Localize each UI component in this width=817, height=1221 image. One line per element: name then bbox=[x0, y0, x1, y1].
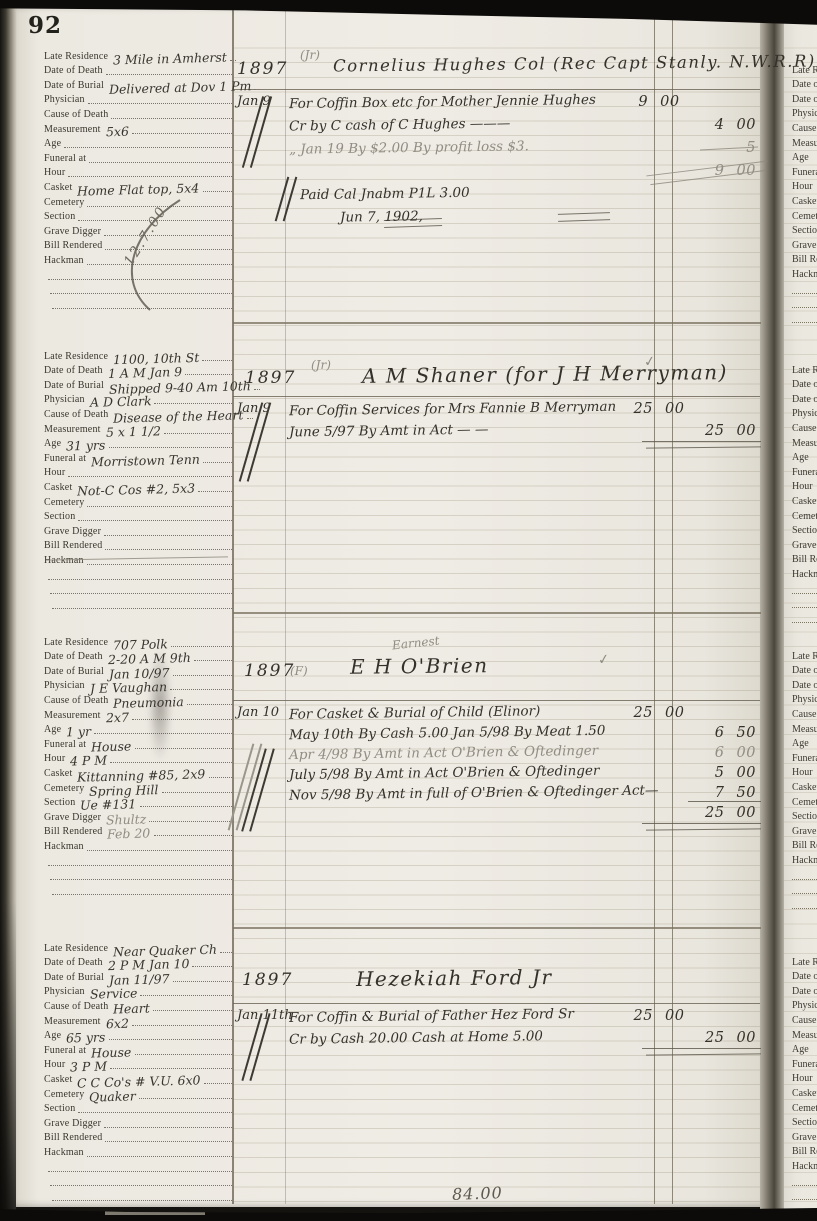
form-label: Physician bbox=[44, 95, 85, 106]
dotted-leader bbox=[132, 133, 232, 134]
dotted-leader bbox=[187, 704, 232, 705]
form-field-row: Grave DiggerShultz bbox=[44, 809, 232, 824]
handwritten-value: 1 A M Jan 9 bbox=[108, 366, 182, 380]
record-separator bbox=[233, 927, 761, 929]
form-field-row: Cause of DeathPneumonia bbox=[44, 692, 232, 707]
facing-form-label: Measurement bbox=[784, 721, 817, 736]
dotted-leader bbox=[135, 748, 232, 749]
form-label: Grave Digger bbox=[44, 813, 101, 824]
facing-form-label: Grave Digger bbox=[784, 1129, 817, 1144]
handwritten-value: Delivered at Dov 1 Pm bbox=[109, 80, 252, 96]
form-label: Cause of Death bbox=[44, 696, 108, 707]
form-field-row: CasketNot-C Cos #2, 5x3 bbox=[44, 479, 232, 494]
facing-form-label: Hackman bbox=[784, 566, 817, 581]
header-rule bbox=[233, 700, 760, 701]
credit-amount: 5 00 bbox=[692, 765, 760, 781]
form-field-row: Hackman bbox=[44, 1144, 232, 1159]
dotted-leader bbox=[198, 491, 232, 492]
pencil-mark: (Jr) bbox=[311, 358, 331, 372]
form-field-row: Bill Rendered bbox=[44, 1130, 232, 1145]
form-label: Age bbox=[44, 725, 61, 736]
form-label: Hour bbox=[44, 168, 65, 179]
facing-form-label: Bill Rendered bbox=[784, 552, 817, 567]
dotted-leader bbox=[110, 1068, 232, 1069]
form-field-row: CemeterySpring Hill bbox=[44, 780, 232, 795]
entry-description: Jun 7, 1902, bbox=[340, 208, 423, 225]
facing-form-label: Measurement bbox=[784, 435, 817, 450]
dotted-leader bbox=[87, 564, 232, 565]
facing-page-form: Late ResidenceDate of DeathDate of Buria… bbox=[784, 954, 817, 1210]
form-label: Date of Death bbox=[44, 652, 103, 663]
facing-form-label: Cemetery bbox=[784, 208, 817, 223]
dotted-leader bbox=[254, 89, 260, 90]
dotted-leader bbox=[87, 1156, 232, 1157]
sum-rule bbox=[688, 801, 761, 802]
form-label: Hackman bbox=[44, 1148, 84, 1159]
facing-form-label: Physician bbox=[784, 106, 817, 121]
facing-form-label: Age bbox=[784, 736, 817, 751]
facing-form-label: Casket bbox=[784, 1085, 817, 1100]
handwritten-value: 5 x 1 1/2 bbox=[105, 425, 160, 438]
record-3-form: Late Residence707 PolkDate of Death2-20 … bbox=[44, 634, 232, 897]
form-label: Cemetery bbox=[44, 498, 84, 509]
facing-form-label: Date of Burial bbox=[784, 983, 817, 998]
form-field-row: Late Residence707 Polk bbox=[44, 634, 232, 649]
handwritten-value: 31 yrs bbox=[66, 440, 106, 453]
record-year: 1897 bbox=[244, 661, 295, 681]
record-2-form: Late Residence1100, 10th StDate of Death… bbox=[44, 348, 232, 611]
facing-form-label: Hackman bbox=[784, 266, 817, 281]
handwritten-value: A D Clark bbox=[90, 396, 152, 410]
header-rule bbox=[233, 396, 760, 397]
facing-form-label: Age bbox=[784, 1042, 817, 1057]
facing-form-label: Section bbox=[784, 809, 817, 824]
dotted-leader bbox=[153, 1010, 232, 1011]
form-label: Section bbox=[44, 798, 75, 809]
amount-column-rule-cents bbox=[672, 8, 673, 1204]
form-field-row: Late Residence1100, 10th St bbox=[44, 348, 232, 363]
form-label: Measurement bbox=[44, 125, 101, 136]
form-label: Age bbox=[44, 139, 61, 150]
handwritten-value: 3 Mile in Amherst bbox=[113, 51, 227, 66]
form-label: Late Residence bbox=[44, 944, 108, 955]
dotted-leader bbox=[154, 403, 232, 404]
total-rule bbox=[642, 441, 761, 442]
handwritten-value: Jan 11/97 bbox=[109, 973, 170, 987]
form-label: Funeral at bbox=[44, 740, 86, 751]
form-field-row: Hour4 P M bbox=[44, 751, 232, 766]
handwritten-value: 3 P M bbox=[70, 1061, 107, 1074]
form-field-row: Age bbox=[44, 136, 232, 151]
form-label: Section bbox=[44, 212, 75, 223]
dotted-leader bbox=[110, 762, 232, 763]
form-label: Cause of Death bbox=[44, 1002, 108, 1013]
blank-form-row bbox=[44, 1188, 232, 1203]
form-field-row: Cause of Death bbox=[44, 106, 232, 121]
facing-form-label: Section bbox=[784, 223, 817, 238]
record-separator bbox=[233, 612, 761, 614]
dotted-leader bbox=[173, 981, 232, 982]
form-label: Bill Rendered bbox=[44, 1133, 102, 1144]
dotted-leader bbox=[87, 850, 232, 851]
form-field-row: Cause of DeathHeart bbox=[44, 998, 232, 1013]
dotted-leader bbox=[139, 1098, 232, 1099]
form-label: Physician bbox=[44, 395, 85, 406]
form-label: Date of Burial bbox=[44, 381, 104, 392]
form-field-row: Age1 yr bbox=[44, 722, 232, 737]
form-field-row: Hour3 P M bbox=[44, 1057, 232, 1072]
dotted-leader bbox=[68, 176, 232, 177]
record-year: 1897 bbox=[237, 59, 288, 79]
ink-smudge bbox=[148, 648, 172, 763]
handwritten-value: House bbox=[91, 740, 132, 753]
page-grand-total: 84.00 bbox=[452, 1183, 503, 1204]
record-year: 1897 bbox=[242, 970, 293, 990]
pencil-mark: (F) bbox=[290, 664, 308, 678]
dotted-leader bbox=[170, 689, 232, 690]
facing-form-label: Funeral at bbox=[784, 164, 817, 179]
blank-form-row bbox=[44, 1159, 232, 1174]
debit-amount: 25 00 bbox=[628, 401, 690, 417]
dotted-leader bbox=[203, 191, 232, 192]
debit-amount: 25 00 bbox=[628, 705, 690, 721]
form-label: Age bbox=[44, 1031, 61, 1042]
facing-form-label: Grave Digger bbox=[784, 537, 817, 552]
dotted-leader bbox=[162, 792, 232, 793]
page-left-edge bbox=[0, 0, 16, 1221]
form-label: Grave Digger bbox=[44, 1119, 101, 1130]
form-label: Hackman bbox=[44, 556, 84, 567]
ditto-slashes bbox=[250, 401, 266, 483]
form-label: Physician bbox=[44, 681, 85, 692]
handwritten-value: Disease of the Heart bbox=[113, 409, 244, 424]
dotted-leader bbox=[173, 675, 232, 676]
dotted-leader bbox=[78, 1112, 232, 1113]
blank-form-row bbox=[44, 596, 232, 611]
handwritten-value: 2 P M Jan 10 bbox=[108, 958, 190, 972]
dotted-leader bbox=[105, 549, 232, 550]
form-field-row: Late Residence3 Mile in Amherst bbox=[44, 48, 232, 63]
facing-form-label: Late Residence bbox=[784, 648, 817, 663]
form-label: Grave Digger bbox=[44, 227, 101, 238]
form-label: Bill Rendered bbox=[44, 241, 102, 252]
form-field-row: Grave Digger bbox=[44, 523, 232, 538]
form-label: Cemetery bbox=[44, 784, 84, 795]
form-field-row: Late ResidenceNear Quaker Ch bbox=[44, 940, 232, 955]
credit-amount: 6 50 bbox=[692, 725, 760, 741]
facing-form-label: Cause of Death bbox=[784, 1012, 817, 1027]
handwritten-value: 65 yrs bbox=[66, 1032, 106, 1045]
dotted-leader bbox=[106, 74, 232, 75]
dotted-leader bbox=[109, 447, 232, 448]
form-label: Bill Rendered bbox=[44, 541, 102, 552]
form-label: Measurement bbox=[44, 425, 101, 436]
form-label: Age bbox=[44, 439, 61, 450]
entry-date: Jan 10 bbox=[237, 705, 279, 720]
debit-amount: 25 00 bbox=[628, 1008, 690, 1024]
facing-page-form: Late ResidenceDate of DeathDate of Buria… bbox=[784, 648, 817, 911]
facing-form-label: Bill Rendered bbox=[784, 252, 817, 267]
record-4-form: Late ResidenceNear Quaker ChDate of Deat… bbox=[44, 940, 232, 1203]
form-field-row: Date of Death1 A M Jan 9 bbox=[44, 363, 232, 378]
dotted-leader bbox=[204, 1083, 232, 1084]
handwritten-value: Morristown Tenn bbox=[91, 453, 200, 468]
facing-form-label: Date of Burial bbox=[784, 391, 817, 406]
handwritten-value: Service bbox=[90, 988, 138, 1001]
header-rule bbox=[233, 1003, 760, 1004]
form-label: Physician bbox=[44, 987, 85, 998]
facing-form-label: Hackman bbox=[784, 852, 817, 867]
facing-form-label: Bill Rendered bbox=[784, 1144, 817, 1159]
blank-form-row bbox=[44, 853, 232, 868]
check-mark: ✓ bbox=[597, 651, 611, 669]
facing-form-label: Grave Digger bbox=[784, 823, 817, 838]
amount-column-rule-dollars bbox=[654, 8, 655, 1204]
form-field-row: Age65 yrs bbox=[44, 1028, 232, 1043]
handwritten-value: 1 yr bbox=[66, 726, 91, 739]
handwritten-value: 4 P M bbox=[70, 755, 107, 768]
facing-form-label: Age bbox=[784, 450, 817, 465]
dotted-leader bbox=[220, 952, 232, 953]
form-label: Cemetery bbox=[44, 1090, 84, 1101]
credit-amount: 4 00 bbox=[692, 117, 760, 133]
credit-amount: 9 00 bbox=[692, 163, 760, 179]
form-label: Late Residence bbox=[44, 352, 108, 363]
form-field-row: Bill Rendered bbox=[44, 538, 232, 553]
facing-form-label: Date of Burial bbox=[784, 91, 817, 106]
dotted-leader bbox=[140, 806, 232, 807]
facing-form-label: Cemetery bbox=[784, 1100, 817, 1115]
form-field-row: Date of BurialDelivered at Dov 1 Pm bbox=[44, 77, 232, 92]
dotted-leader bbox=[209, 777, 232, 778]
facing-form-label: Hackman bbox=[784, 1158, 817, 1173]
dotted-leader bbox=[185, 374, 232, 375]
form-field-row: Date of Death2-20 A M 9th bbox=[44, 649, 232, 664]
facing-form-label: Measurement bbox=[784, 1027, 817, 1042]
total-rule bbox=[642, 1048, 761, 1049]
form-label: Section bbox=[44, 512, 75, 523]
dotted-leader bbox=[140, 995, 232, 996]
form-field-row: Section bbox=[44, 509, 232, 524]
dotted-leader bbox=[87, 506, 232, 507]
dotted-leader bbox=[194, 660, 232, 661]
form-label: Hour bbox=[44, 754, 65, 765]
dotted-leader bbox=[149, 821, 232, 822]
dotted-leader bbox=[132, 719, 232, 720]
dotted-leader bbox=[88, 103, 232, 104]
dotted-leader bbox=[78, 520, 232, 521]
form-label: Cemetery bbox=[44, 198, 84, 209]
ditto-slashes bbox=[252, 95, 268, 169]
form-label: Cause of Death bbox=[44, 410, 108, 421]
form-label: Date of Burial bbox=[44, 667, 104, 678]
record-separator bbox=[233, 322, 761, 324]
handwritten-value: C C Co's # V.U. 6x0 bbox=[77, 1074, 201, 1089]
facing-form-label: Bill Rendered bbox=[784, 838, 817, 853]
form-label: Date of Death bbox=[44, 66, 103, 77]
facing-form-label: Hour bbox=[784, 479, 817, 494]
dotted-leader bbox=[171, 646, 232, 647]
form-label: Date of Burial bbox=[44, 973, 104, 984]
handwritten-value: 2-20 A M 9th bbox=[108, 652, 191, 666]
handwritten-value: Heart bbox=[113, 1002, 150, 1015]
form-label: Casket bbox=[44, 1075, 72, 1086]
facing-form-label: Cemetery bbox=[784, 794, 817, 809]
facing-form-label: Funeral at bbox=[784, 1056, 817, 1071]
handwritten-value: Spring Hill bbox=[89, 784, 159, 798]
blank-form-row bbox=[44, 1174, 232, 1189]
facing-page-form: Late ResidenceDate of DeathDate of Buria… bbox=[784, 362, 817, 625]
form-field-row: Date of BurialJan 11/97 bbox=[44, 969, 232, 984]
facing-form-label: Physician bbox=[784, 406, 817, 421]
handwritten-value: Ue #131 bbox=[80, 798, 137, 811]
form-label: Bill Rendered bbox=[44, 827, 102, 838]
ditto-slashes bbox=[240, 742, 256, 832]
credit-amount: 5 bbox=[692, 140, 760, 156]
ledger-scan: Late ResidenceDate of DeathDate of Buria… bbox=[0, 0, 817, 1221]
dotted-leader bbox=[230, 60, 236, 61]
form-label: Funeral at bbox=[44, 454, 86, 465]
dotted-leader bbox=[109, 1039, 232, 1040]
form-label: Funeral at bbox=[44, 154, 86, 165]
debit-amount: 9 00 bbox=[628, 94, 690, 110]
total-rule bbox=[642, 823, 761, 824]
credit-amount: 25 00 bbox=[692, 805, 760, 821]
dotted-leader bbox=[164, 433, 232, 434]
form-label: Casket bbox=[44, 483, 72, 494]
record-title: A M Shaner (for J H Merryman) bbox=[362, 360, 728, 388]
handwritten-value: 6x2 bbox=[105, 1017, 128, 1030]
dotted-leader bbox=[89, 162, 232, 163]
entry-description: Cr by C cash of C Hughes ——— bbox=[289, 115, 511, 134]
facing-form-label: Hour bbox=[784, 179, 817, 194]
form-label: Casket bbox=[44, 769, 72, 780]
form-label: Grave Digger bbox=[44, 527, 101, 538]
form-field-row: Date of BurialJan 10/97 bbox=[44, 663, 232, 678]
facing-form-label: Cause of Death bbox=[784, 120, 817, 135]
form-label: Cause of Death bbox=[44, 110, 108, 121]
facing-form-label: Casket bbox=[784, 193, 817, 208]
blank-form-row bbox=[44, 582, 232, 597]
dotted-leader bbox=[202, 360, 232, 361]
form-label: Measurement bbox=[44, 711, 101, 722]
dotted-leader bbox=[64, 147, 232, 148]
facing-form-label: Cause of Death bbox=[784, 420, 817, 435]
ditto-slashes bbox=[251, 1012, 267, 1082]
facing-form-label: Cemetery bbox=[784, 508, 817, 523]
entry-description: Paid Cal Jnabm P1L 3.00 bbox=[300, 185, 470, 203]
dotted-leader bbox=[111, 118, 232, 119]
form-label: Date of Burial bbox=[44, 81, 104, 92]
facing-form-label: Physician bbox=[784, 998, 817, 1013]
handwritten-value: 2x7 bbox=[105, 711, 128, 724]
facing-form-label: Casket bbox=[784, 493, 817, 508]
book-gutter bbox=[760, 0, 786, 1221]
facing-form-label: Section bbox=[784, 523, 817, 538]
dotted-leader bbox=[105, 1141, 232, 1142]
handwritten-value: 5x6 bbox=[105, 125, 128, 138]
dotted-leader bbox=[132, 1025, 232, 1026]
blank-form-row bbox=[44, 868, 232, 883]
facing-form-label: Hour bbox=[784, 765, 817, 780]
label-column-rule bbox=[232, 8, 234, 1204]
handwritten-value: Kittanning #85, 2x9 bbox=[77, 768, 206, 783]
form-field-row: Funeral at bbox=[44, 150, 232, 165]
record-year: 1897 bbox=[245, 368, 296, 388]
facing-form-label: Casket bbox=[784, 779, 817, 794]
facing-form-label: Date of Death bbox=[784, 663, 817, 678]
form-label: Late Residence bbox=[44, 638, 108, 649]
dotted-leader bbox=[135, 1054, 232, 1055]
ditto-slashes bbox=[281, 176, 297, 222]
facing-form-label: Date of Death bbox=[784, 969, 817, 984]
dotted-leader bbox=[104, 1127, 232, 1128]
facing-form-label: Late Residence bbox=[784, 362, 817, 377]
form-field-row: Section bbox=[44, 1101, 232, 1116]
handwritten-value: House bbox=[91, 1046, 132, 1059]
facing-form-label: Date of Death bbox=[784, 377, 817, 392]
facing-form-label: Age bbox=[784, 150, 817, 165]
facing-page-sliver: Late ResidenceDate of DeathDate of Buria… bbox=[784, 10, 817, 1210]
dotted-leader bbox=[104, 535, 232, 536]
form-label: Casket bbox=[44, 183, 72, 194]
page-edge-glint bbox=[105, 1210, 205, 1215]
blank-form-row bbox=[44, 567, 232, 582]
dotted-leader bbox=[154, 835, 232, 836]
form-field-row: Grave Digger bbox=[44, 1115, 232, 1130]
dotted-leader bbox=[192, 966, 232, 967]
form-label: Hackman bbox=[44, 842, 84, 853]
facing-page-form: Late ResidenceDate of DeathDate of Buria… bbox=[784, 62, 817, 325]
facing-form-label: Measurement bbox=[784, 135, 817, 150]
form-field-row: CasketHome Flat top, 5x4 bbox=[44, 179, 232, 194]
page-number: 92 bbox=[28, 12, 62, 39]
credit-amount: 25 00 bbox=[692, 423, 760, 439]
entry-description: „ Jan 19 By $2.00 By profit loss $3. bbox=[289, 138, 529, 157]
facing-form-label: Date of Death bbox=[784, 77, 817, 92]
facing-form-label: Funeral at bbox=[784, 750, 817, 765]
form-label: Hour bbox=[44, 1060, 65, 1071]
handwritten-value: Shultz bbox=[106, 813, 147, 826]
facing-form-label: Hour bbox=[784, 1071, 817, 1086]
form-field-row: Hour bbox=[44, 165, 232, 180]
record-title: E H O'Brien bbox=[350, 653, 489, 678]
form-field-row: PhysicianJ E Vaughan bbox=[44, 678, 232, 693]
credit-amount: 25 00 bbox=[692, 1030, 760, 1046]
handwritten-value: Feb 20 bbox=[107, 828, 151, 841]
facing-form-label: Physician bbox=[784, 692, 817, 707]
facing-form-label: Funeral at bbox=[784, 464, 817, 479]
form-label: Hackman bbox=[44, 256, 84, 267]
credit-amount: 6 00 bbox=[692, 745, 760, 761]
form-label: Funeral at bbox=[44, 1046, 86, 1057]
form-field-row: Measurement5x6 bbox=[44, 121, 232, 136]
form-label: Date of Death bbox=[44, 366, 103, 377]
dotted-leader bbox=[254, 389, 260, 390]
handwritten-value: 1100, 10th St bbox=[113, 351, 200, 365]
dotted-leader bbox=[68, 476, 232, 477]
facing-form-label: Grave Digger bbox=[784, 237, 817, 252]
form-label: Hour bbox=[44, 468, 65, 479]
form-label: Date of Death bbox=[44, 958, 103, 969]
header-rule bbox=[233, 89, 760, 90]
pencil-mark: (Jr) bbox=[300, 48, 320, 62]
handwritten-value: Not-C Cos #2, 5x3 bbox=[77, 482, 195, 497]
credit-amount: 7 50 bbox=[692, 785, 760, 801]
ledger-ruled-lines bbox=[233, 34, 760, 1202]
form-label: Section bbox=[44, 1104, 75, 1115]
form-field-row: Bill RenderedFeb 20 bbox=[44, 824, 232, 839]
